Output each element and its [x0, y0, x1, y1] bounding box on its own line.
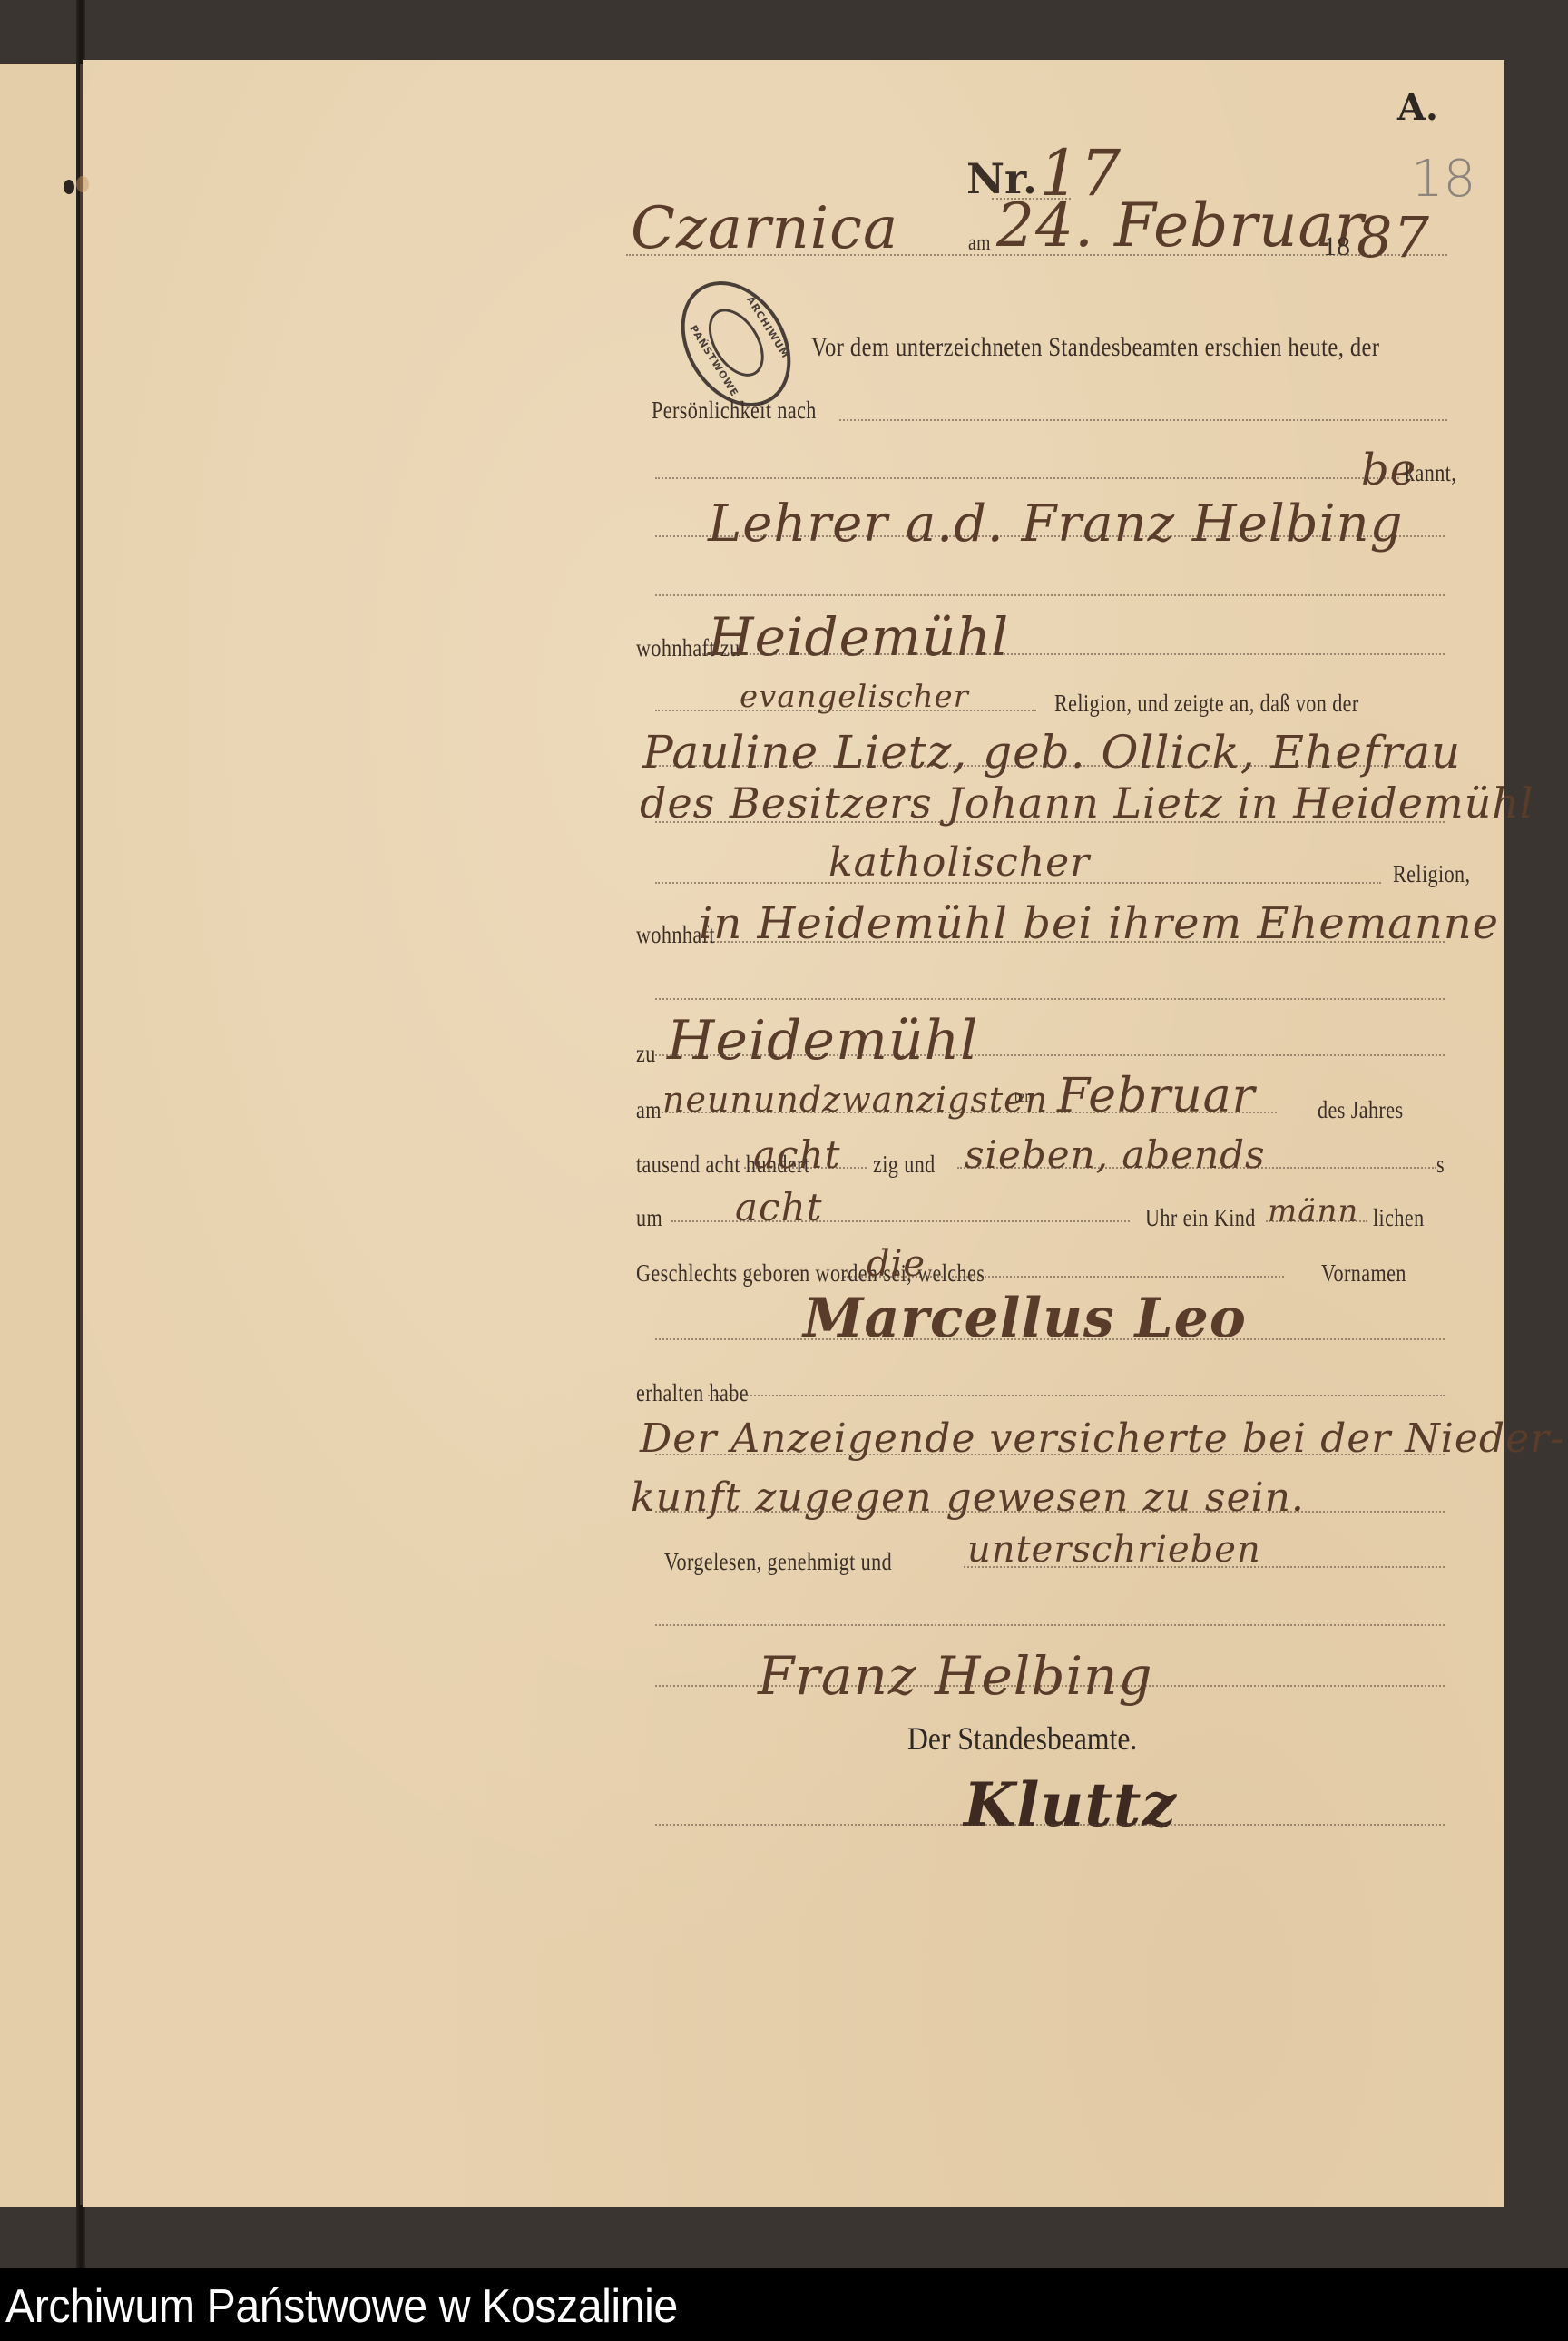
welches-value: die	[867, 1243, 926, 1285]
birth-hour: acht	[735, 1185, 823, 1229]
registrar-label: Der Standesbeamte.	[907, 1719, 1137, 1758]
birth-year-decade: acht	[753, 1132, 841, 1177]
day-suffix: ten	[1014, 1087, 1032, 1106]
left-page-edge	[0, 64, 83, 2207]
birth-month: Februar	[1057, 1069, 1256, 1123]
child-sex: männ	[1268, 1193, 1358, 1229]
vorgelesen-value: unterschrieben	[967, 1529, 1261, 1571]
mother-line-2: des Besitzers Johann Lietz in Heidemühl	[640, 779, 1534, 828]
intro-text: Vor dem unterzeichneten Standesbeamten e…	[811, 332, 1379, 363]
birth-place: Heidemühl	[667, 1009, 978, 1073]
remark-line-2: kunft zugegen gewesen zu sein.	[631, 1474, 1305, 1521]
birth-day: neunundzwanzigsten	[662, 1080, 1048, 1120]
informant-signature: Franz Helbing	[758, 1645, 1153, 1707]
informant-name: Lehrer a.d. Franz Helbing	[708, 495, 1403, 553]
pencil-folio-number: 18	[1411, 150, 1475, 209]
child-given-names: Marcellus Leo	[803, 1287, 1247, 1350]
bekannt-label: kannt,	[1405, 459, 1456, 487]
archive-name: Archiwum Państwowe w Koszalinie	[5, 2279, 678, 2334]
persoenlichkeit-label: Persönlichkeit nach	[652, 397, 817, 425]
form-mark: A.	[1397, 86, 1438, 129]
sex-suffix: lichen	[1373, 1204, 1425, 1232]
vorgelesen-label: Vorgelesen, genehmigt und	[664, 1548, 892, 1576]
place-of-registration: Czarnica	[631, 195, 898, 262]
am-label: am	[636, 1096, 661, 1124]
mother-religion: katholischer	[828, 839, 1090, 886]
geschlechts-label: Geschlechts geboren worden sei, welches	[636, 1259, 985, 1288]
binding-hole	[64, 180, 74, 194]
birth-year-unit: sieben, abends	[965, 1132, 1266, 1177]
year-suffix: 87	[1357, 204, 1430, 270]
erhalten-label: erhalten habe	[636, 1379, 749, 1407]
uhr-label: Uhr ein Kind	[1145, 1204, 1256, 1232]
um-label: um	[636, 1204, 662, 1232]
zu-label: zu	[636, 1040, 656, 1068]
vornamen-label: Vornamen	[1321, 1259, 1406, 1288]
date-prefix: am	[968, 231, 991, 256]
registrar-signature: Kluttz	[964, 1769, 1177, 1840]
religion-declaration-label: Religion, und zeigte an, daß von der	[1054, 690, 1359, 718]
zig-und-label: zig und	[873, 1151, 936, 1179]
mother-line-1: Pauline Lietz, geb. Ollick, Ehefrau	[642, 726, 1461, 779]
registration-date: 24. Februar	[996, 191, 1364, 260]
year-prefix: 18	[1323, 231, 1350, 262]
stain	[76, 176, 89, 192]
informant-residence: Heidemühl	[708, 606, 1009, 668]
des-jahres-label: des Jahres	[1318, 1096, 1403, 1124]
page-crease	[80, 64, 83, 2205]
religion-label: Religion,	[1393, 860, 1470, 888]
year-unit-suffix: s	[1436, 1151, 1445, 1179]
